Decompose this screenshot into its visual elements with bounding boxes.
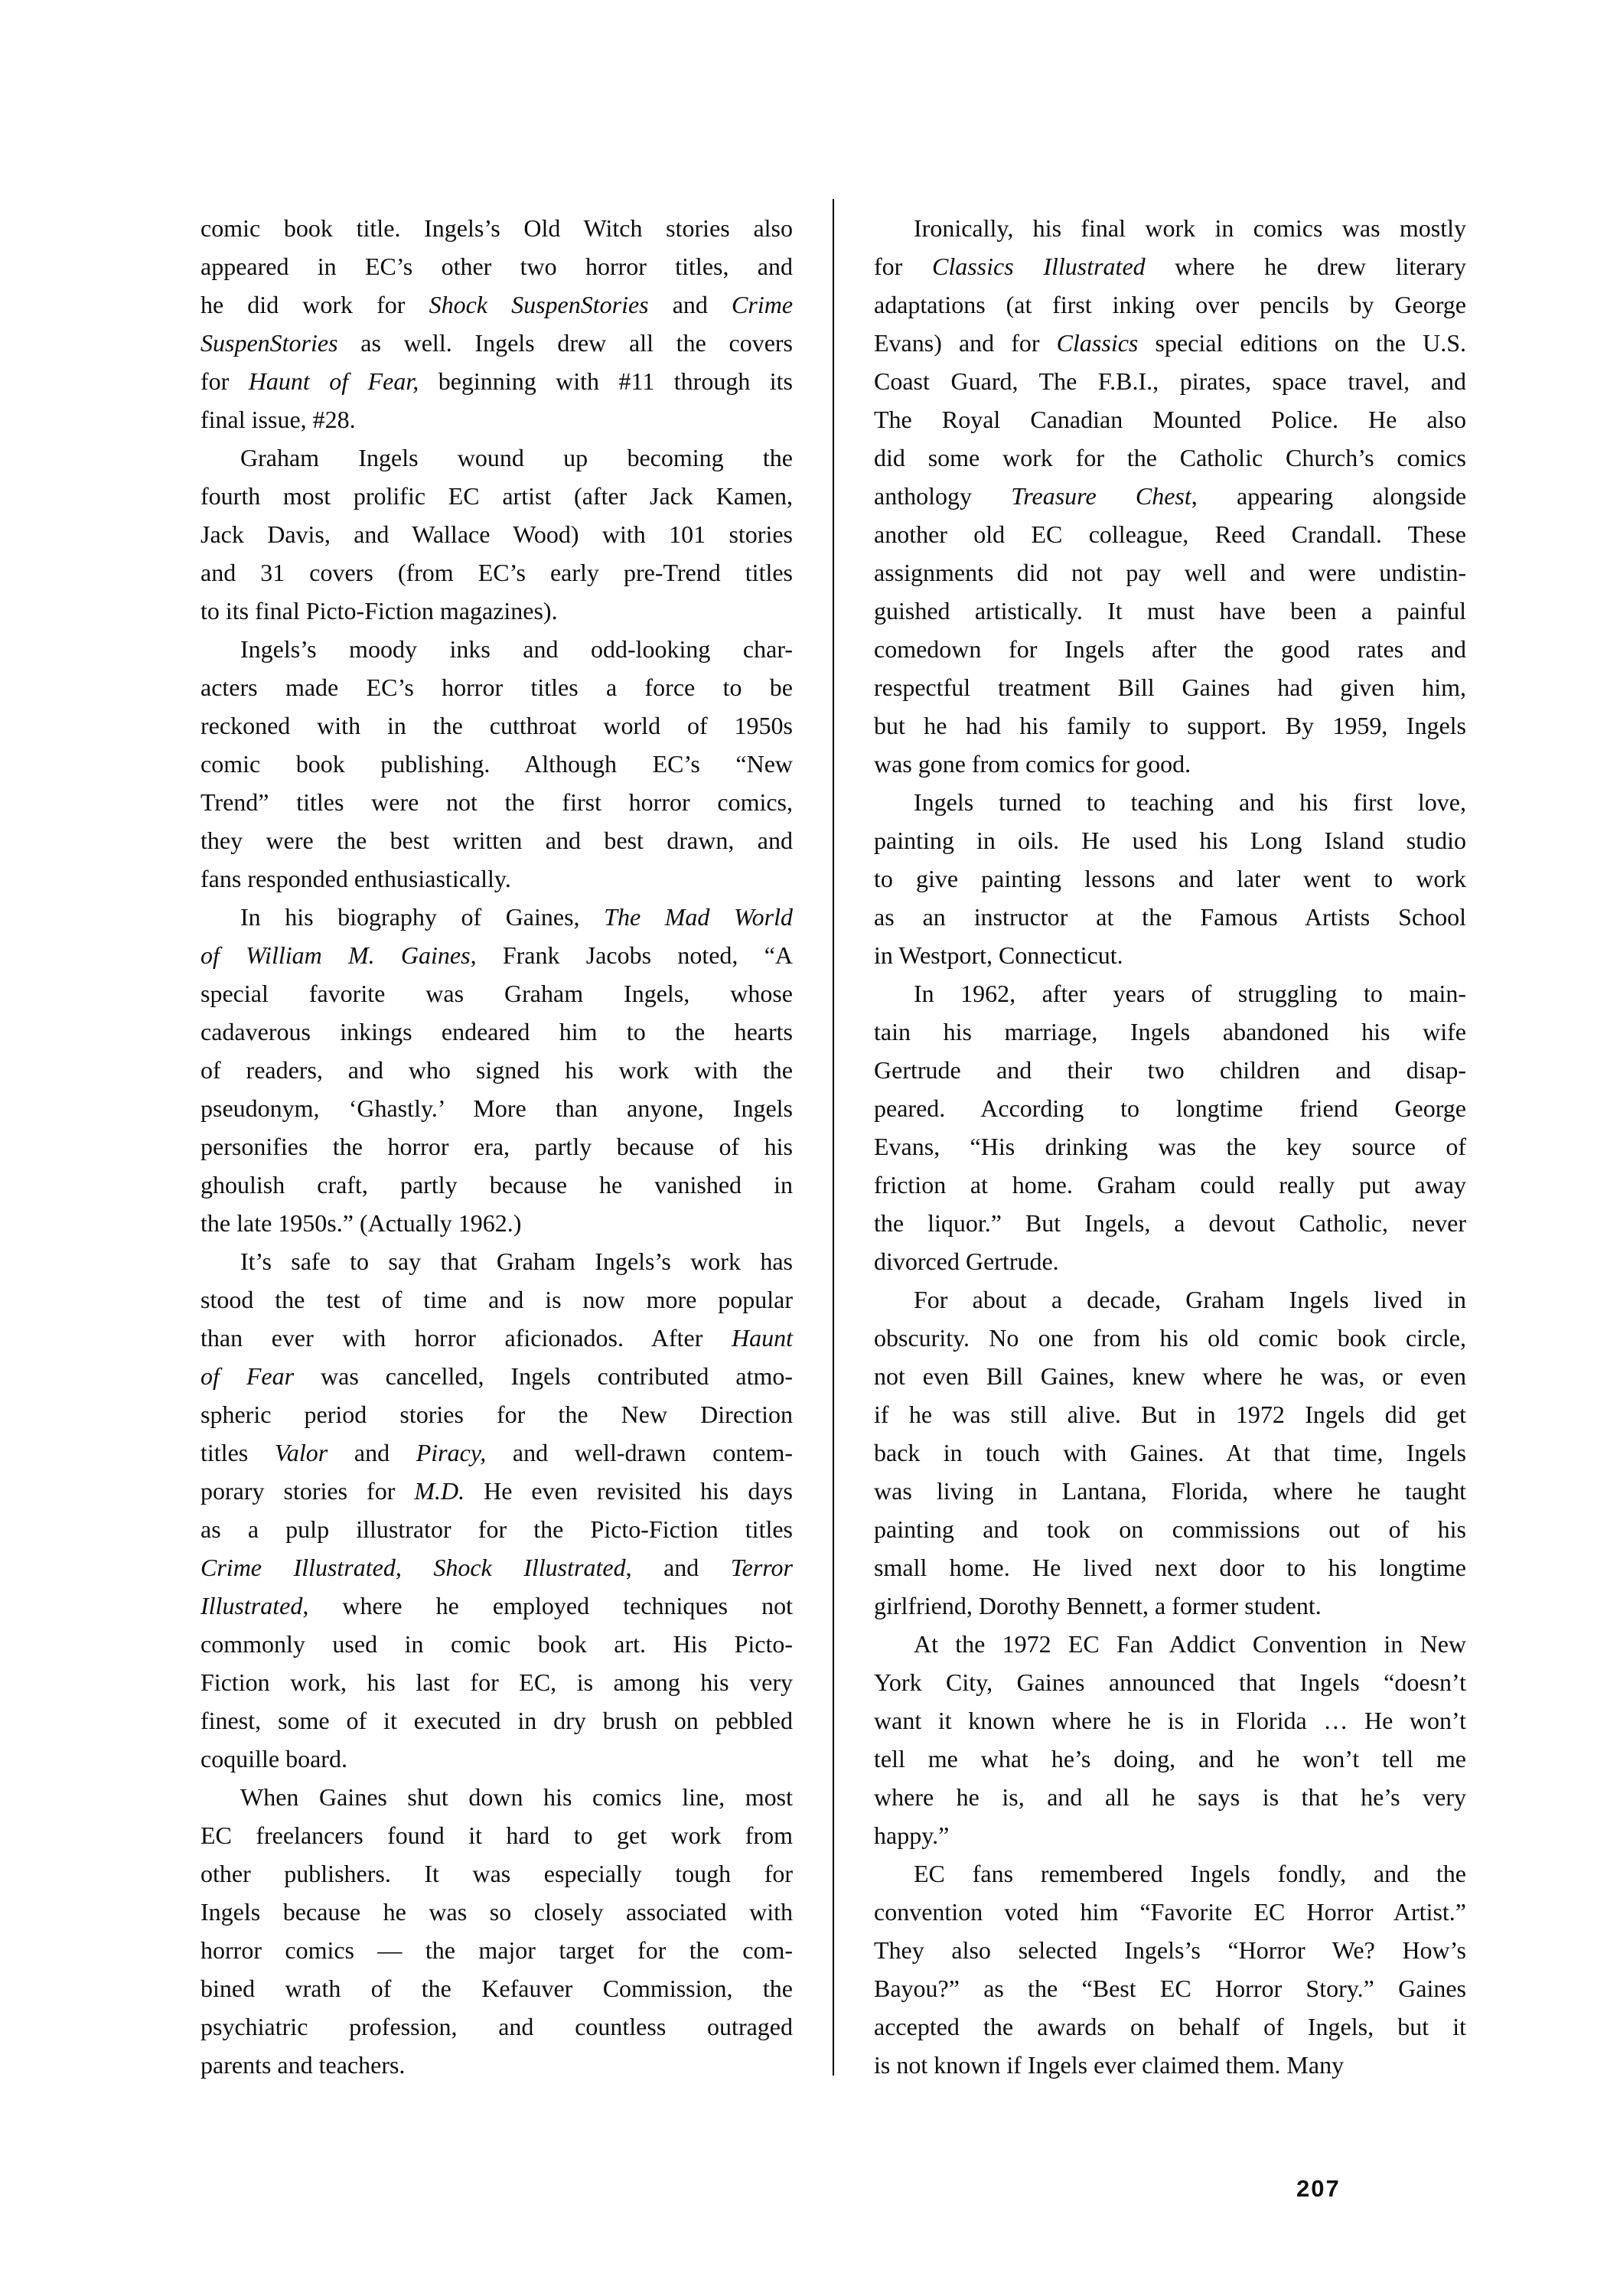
- column-divider-rule: [833, 199, 834, 2076]
- text-line: It’s safe to say that Graham Ingels’s wo…: [200, 1242, 793, 1280]
- text-line: Ironically, his final work in comics was…: [874, 209, 1466, 247]
- text-line: appeared in EC’s other two horror titles…: [200, 247, 793, 285]
- text-line: York City, Gaines announced that Ingels …: [874, 1663, 1466, 1701]
- text-line: accepted the awards on behalf of Ingels,…: [874, 2007, 1466, 2046]
- paragraph: Ingels turned to teaching and his first …: [874, 783, 1466, 974]
- text-line: comic book publishing. Although EC’s “Ne…: [200, 745, 793, 783]
- text-line: obscurity. No one from his old comic boo…: [874, 1319, 1466, 1357]
- text-line: as an instructor at the Famous Artists S…: [874, 898, 1466, 936]
- text-line: convention voted him “Favorite EC Horror…: [874, 1893, 1466, 1931]
- page-number: 207: [1296, 2175, 1341, 2203]
- paragraph: comic book title. Ingels’s Old Witch sto…: [200, 209, 793, 439]
- text-line: but he had his family to support. By 195…: [874, 706, 1466, 745]
- text-line: for Classics Illustrated where he drew l…: [874, 247, 1466, 285]
- text-line: parents and teachers.: [200, 2046, 793, 2084]
- text-line: assignments did not pay well and were un…: [874, 553, 1466, 592]
- text-line: commonly used in comic book art. His Pic…: [200, 1625, 793, 1663]
- text-line: Evans, “His drinking was the key source …: [874, 1127, 1466, 1166]
- text-line: to its final Picto-Fiction magazines).: [200, 592, 793, 630]
- text-line: porary stories for M.D. He even revisite…: [200, 1472, 793, 1510]
- text-line: back in touch with Gaines. At that time,…: [874, 1433, 1466, 1472]
- text-line: friction at home. Graham could really pu…: [874, 1166, 1466, 1204]
- paragraph: Ironically, his final work in comics was…: [874, 209, 1466, 783]
- text-line: if he was still alive. But in 1972 Ingel…: [874, 1395, 1466, 1433]
- text-line: Coast Guard, The F.B.I., pirates, space …: [874, 362, 1466, 400]
- text-line: girlfriend, Dorothy Bennett, a former st…: [874, 1587, 1466, 1625]
- text-line: of Fear was cancelled, Ingels contribute…: [200, 1357, 793, 1395]
- text-line: want it known where he is in Florida … H…: [874, 1701, 1466, 1740]
- text-line: of readers, and who signed his work with…: [200, 1051, 793, 1089]
- text-line: painting and took on commissions out of …: [874, 1510, 1466, 1548]
- text-line: acters made EC’s horror titles a force t…: [200, 668, 793, 706]
- text-line: and 31 covers (from EC’s early pre-Trend…: [200, 553, 793, 592]
- text-line: happy.”: [874, 1816, 1466, 1854]
- text-line: small home. He lived next door to his lo…: [874, 1548, 1466, 1587]
- text-line: divorced Gertrude.: [874, 1242, 1466, 1280]
- text-line: was gone from comics for good.: [874, 745, 1466, 783]
- left-text-column: comic book title. Ingels’s Old Witch sto…: [200, 209, 793, 2084]
- text-line: painting in oils. He used his Long Islan…: [874, 821, 1466, 859]
- text-line: EC fans remembered Ingels fondly, and th…: [874, 1854, 1466, 1893]
- text-line: Jack Davis, and Wallace Wood) with 101 s…: [200, 515, 793, 553]
- paragraph: For about a decade, Graham Ingels lived …: [874, 1280, 1466, 1625]
- text-line: peared. According to longtime friend Geo…: [874, 1089, 1466, 1127]
- text-line: guished artistically. It must have been …: [874, 592, 1466, 630]
- text-line: than ever with horror aficionados. After…: [200, 1319, 793, 1357]
- text-line: For about a decade, Graham Ingels lived …: [874, 1280, 1466, 1319]
- text-line: At the 1972 EC Fan Addict Convention in …: [874, 1625, 1466, 1663]
- text-line: is not known if Ingels ever claimed them…: [874, 2046, 1466, 2084]
- text-line: Evans) and for Classics special editions…: [874, 324, 1466, 362]
- text-line: fourth most prolific EC artist (after Ja…: [200, 477, 793, 515]
- paragraph: When Gaines shut down his comics line, m…: [200, 1778, 793, 2084]
- text-line: where he is, and all he says is that he’…: [874, 1778, 1466, 1816]
- text-line: spheric period stories for the New Direc…: [200, 1395, 793, 1433]
- text-line: as a pulp illustrator for the Picto-Fict…: [200, 1510, 793, 1548]
- text-line: special favorite was Graham Ingels, whos…: [200, 974, 793, 1013]
- text-line: When Gaines shut down his comics line, m…: [200, 1778, 793, 1816]
- text-line: pseudonym, ‘Ghastly.’ More than anyone, …: [200, 1089, 793, 1127]
- text-line: final issue, #28.: [200, 400, 793, 439]
- text-line: another old EC colleague, Reed Crandall.…: [874, 515, 1466, 553]
- text-line: titles Valor and Piracy, and well-drawn …: [200, 1433, 793, 1472]
- text-line: In 1962, after years of struggling to ma…: [874, 974, 1466, 1013]
- paragraph: In 1962, after years of struggling to ma…: [874, 974, 1466, 1280]
- text-line: Ingels turned to teaching and his first …: [874, 783, 1466, 821]
- text-line: tain his marriage, Ingels abandoned his …: [874, 1013, 1466, 1051]
- text-line: Trend” titles were not the first horror …: [200, 783, 793, 821]
- text-line: in Westport, Connecticut.: [874, 936, 1466, 974]
- text-line: was living in Lantana, Florida, where he…: [874, 1472, 1466, 1510]
- text-line: personifies the horror era, partly becau…: [200, 1127, 793, 1166]
- text-line: Illustrated, where he employed technique…: [200, 1587, 793, 1625]
- text-line: In his biography of Gaines, The Mad Worl…: [200, 898, 793, 936]
- text-line: bined wrath of the Kefauver Commission, …: [200, 1969, 793, 2007]
- text-line: he did work for Shock SuspenStories and …: [200, 285, 793, 324]
- text-line: cadaverous inkings endeared him to the h…: [200, 1013, 793, 1051]
- paragraph: Graham Ingels wound up becoming thefourt…: [200, 439, 793, 630]
- text-line: Ingels’s moody inks and odd-looking char…: [200, 630, 793, 668]
- text-line: other publishers. It was especially toug…: [200, 1854, 793, 1893]
- text-line: psychiatric profession, and countless ou…: [200, 2007, 793, 2046]
- paragraph: EC fans remembered Ingels fondly, and th…: [874, 1854, 1466, 2084]
- text-line: They also selected Ingels’s “Horror We? …: [874, 1931, 1466, 1969]
- text-line: horror comics — the major target for the…: [200, 1931, 793, 1969]
- right-text-column: Ironically, his final work in comics was…: [874, 209, 1466, 2084]
- text-line: the liquor.” But Ingels, a devout Cathol…: [874, 1204, 1466, 1242]
- text-line: comic book title. Ingels’s Old Witch sto…: [200, 209, 793, 247]
- text-line: for Haunt of Fear, beginning with #11 th…: [200, 362, 793, 400]
- text-line: comedown for Ingels after the good rates…: [874, 630, 1466, 668]
- text-line: tell me what he’s doing, and he won’t te…: [874, 1740, 1466, 1778]
- text-line: ghoulish craft, partly because he vanish…: [200, 1166, 793, 1204]
- text-line: EC freelancers found it hard to get work…: [200, 1816, 793, 1854]
- text-line: the late 1950s.” (Actually 1962.): [200, 1204, 793, 1242]
- text-line: coquille board.: [200, 1740, 793, 1778]
- text-line: Gertrude and their two children and disa…: [874, 1051, 1466, 1089]
- text-line: adaptations (at first inking over pencil…: [874, 285, 1466, 324]
- text-line: Graham Ingels wound up becoming the: [200, 439, 793, 477]
- text-line: Ingels because he was so closely associa…: [200, 1893, 793, 1931]
- text-line: anthology Treasure Chest, appearing alon…: [874, 477, 1466, 515]
- text-line: SuspenStories as well. Ingels drew all t…: [200, 324, 793, 362]
- text-line: to give painting lessons and later went …: [874, 859, 1466, 898]
- text-line: they were the best written and best draw…: [200, 821, 793, 859]
- text-line: Crime Illustrated, Shock Illustrated, an…: [200, 1548, 793, 1587]
- text-line: finest, some of it executed in dry brush…: [200, 1701, 793, 1740]
- text-line: Fiction work, his last for EC, is among …: [200, 1663, 793, 1701]
- text-line: did some work for the Catholic Church’s …: [874, 439, 1466, 477]
- paragraph: At the 1972 EC Fan Addict Convention in …: [874, 1625, 1466, 1854]
- text-line: fans responded enthusiastically.: [200, 859, 793, 898]
- text-line: respectful treatment Bill Gaines had giv…: [874, 668, 1466, 706]
- paragraph: Ingels’s moody inks and odd-looking char…: [200, 630, 793, 898]
- text-line: reckoned with in the cutthroat world of …: [200, 706, 793, 745]
- text-line: of William M. Gaines, Frank Jacobs noted…: [200, 936, 793, 974]
- text-line: stood the test of time and is now more p…: [200, 1280, 793, 1319]
- paragraph: In his biography of Gaines, The Mad Worl…: [200, 898, 793, 1242]
- text-line: not even Bill Gaines, knew where he was,…: [874, 1357, 1466, 1395]
- text-line: The Royal Canadian Mounted Police. He al…: [874, 400, 1466, 439]
- paragraph: It’s safe to say that Graham Ingels’s wo…: [200, 1242, 793, 1778]
- text-line: Bayou?” as the “Best EC Horror Story.” G…: [874, 1969, 1466, 2007]
